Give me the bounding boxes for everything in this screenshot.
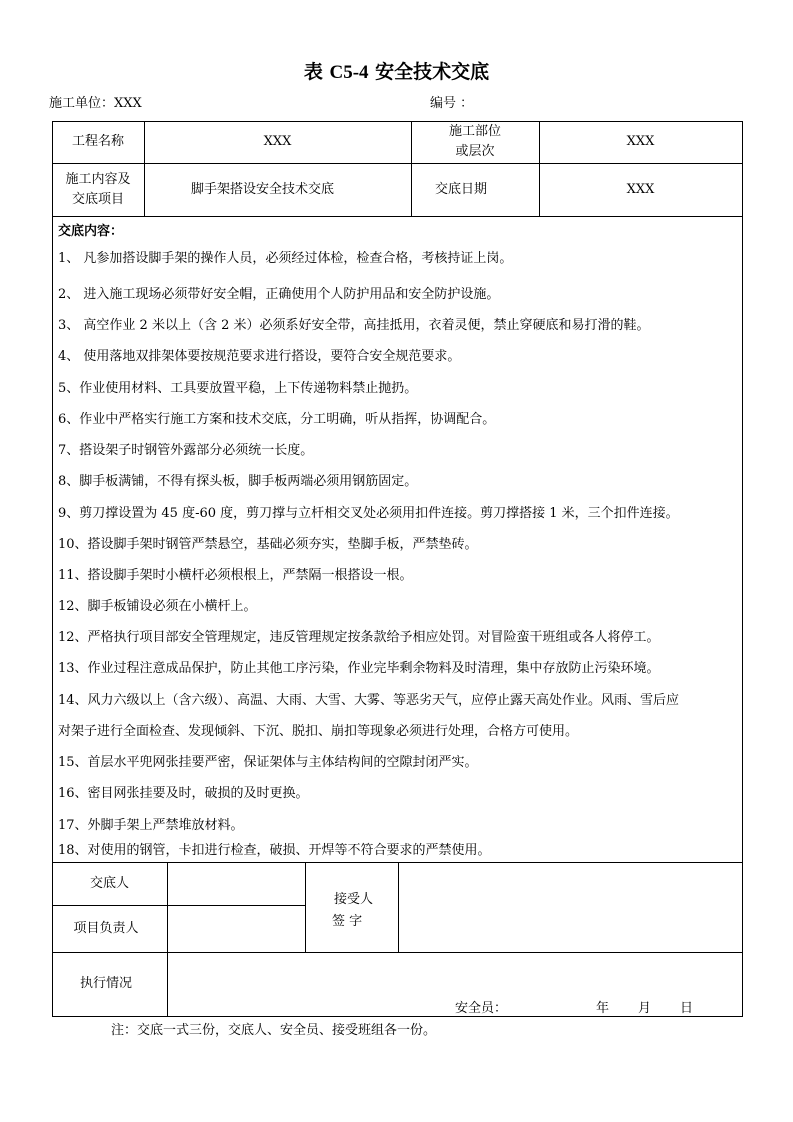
table-border-right xyxy=(742,121,743,1017)
content-item: 6、作业中严格实行施工方案和技术交底，分工明确，听从指挥，协调配合。 xyxy=(58,412,495,428)
content-item: 10、搭设脚手架时钢管严禁悬空，基础必须夯实，垫脚手板，严禁垫砖。 xyxy=(58,537,478,553)
project-name-value[interactable]: XXX xyxy=(144,121,411,163)
discloser-label: 交底人 xyxy=(52,862,167,905)
content-item: 12、脚手板铺设必须在小横杆上。 xyxy=(58,599,257,615)
safety-officer-label: 安全员： xyxy=(455,997,507,1016)
signature-col-divider-2 xyxy=(305,862,306,952)
date-value[interactable]: XXX xyxy=(539,163,742,216)
execution-label: 执行情况 xyxy=(52,952,160,1016)
content-item: 8、脚手板满铺，不得有探头板，脚手板两端必须用钢筋固定。 xyxy=(58,474,417,490)
project-manager-signature-field[interactable] xyxy=(167,905,305,952)
content-item-label: 施工内容及 交底项目 xyxy=(52,163,144,216)
content-item: 16、密目网张挂要及时，破损的及时更换。 xyxy=(58,786,309,802)
content-item: 15、首层水平兜网张挂要严密，保证架体与主体结构间的空隙封闭严实。 xyxy=(58,755,478,771)
content-heading: 交底内容： xyxy=(58,220,123,239)
project-name-label: 工程名称 xyxy=(52,121,144,163)
content-label-line2: 交底项目 xyxy=(72,190,124,210)
content-item: 11、搭设脚手架时小横杆必须根根上，严禁隔一根搭设一根。 xyxy=(58,568,413,584)
location-label: 施工部位 或层次 xyxy=(411,121,539,163)
receiver-label-line1: 接受人 xyxy=(334,888,373,907)
content-item: 7、搭设架子时钢管外露部分必须统一长度。 xyxy=(58,443,313,459)
content-item: 18、对使用的钢管，卡扣进行检查，破损、开焊等不符合要求的严禁使用。 xyxy=(58,843,491,859)
location-value[interactable]: XXX xyxy=(539,121,742,163)
location-label-line1: 施工部位 xyxy=(449,122,501,142)
content-item: 12、严格执行项目部安全管理规定，违反管理规定按条款给予相应处罚。对冒险蛮干班组… xyxy=(58,630,660,646)
year-label: 年 xyxy=(596,997,609,1016)
title-prefix: 表 xyxy=(304,61,323,83)
project-manager-label: 项目负责人 xyxy=(52,905,160,952)
title-main: 安全技术交底 xyxy=(375,61,489,83)
content-item: 1、 凡参加搭设脚手架的操作人员，必须经过体检，检查合格，考核持证上岗。 xyxy=(58,251,512,267)
content-item-value[interactable]: 脚手架搭设安全技术交底 xyxy=(144,163,381,216)
content-item: 13、作业过程注意成品保护，防止其他工序污染，作业完毕剩余物料及时清理，集中存放… xyxy=(58,661,660,677)
receiver-label-line2: 签 字 xyxy=(332,910,362,929)
content-label-line1: 施工内容及 xyxy=(65,170,130,190)
content-item: 3、 高空作业 2 米以上（含 2 米）必须系好安全带，高挂抵用，衣着灵便，禁止… xyxy=(58,318,649,334)
content-item: 对架子进行全面检查、发现倾斜、下沉、脱扣、崩扣等现象必须进行处理，合格方可使用。 xyxy=(58,724,578,740)
serial-number: 编号 ： xyxy=(430,92,473,111)
content-item: 4、 使用落地双排架体要按规范要求进行搭设，要符合安全规范要求。 xyxy=(58,349,460,365)
content-item: 9、剪刀撑设置为 45 度-60 度，剪刀撑与立杆相交叉处必须用扣件连接。剪刀撑… xyxy=(58,506,679,522)
date-label: 交底日期 xyxy=(411,163,511,216)
content-item: 2、 进入施工现场必须带好安全帽，正确使用个人防护用品和安全防护设施。 xyxy=(58,287,499,303)
construction-unit: 施工单位：XXX xyxy=(49,92,142,111)
title-code: C5-4 xyxy=(329,62,368,83)
content-item: 5、作业使用材料、工具要放置平稳，上下传递物料禁止抛扔。 xyxy=(58,381,417,397)
footer-note: 注：交底一式三份，交底人、安全员、接受班组各一份。 xyxy=(111,1019,436,1038)
month-label: 月 xyxy=(638,997,651,1016)
day-label: 日 xyxy=(680,997,693,1016)
table-border-bottom xyxy=(52,1016,743,1017)
content-item: 17、外脚手架上严禁堆放材料。 xyxy=(58,818,244,834)
table-divider-row2 xyxy=(52,216,743,217)
location-label-line2: 或层次 xyxy=(455,142,494,162)
document-title: 表 C5-4 安全技术交底 xyxy=(0,57,793,84)
receiver-signature-field[interactable] xyxy=(398,862,742,952)
content-item: 14、风力六级以上（含六级）、高温、大雨、大雪、大雾、等恶劣天气，应停止露天高处… xyxy=(58,693,679,709)
discloser-signature-field[interactable] xyxy=(167,862,305,905)
